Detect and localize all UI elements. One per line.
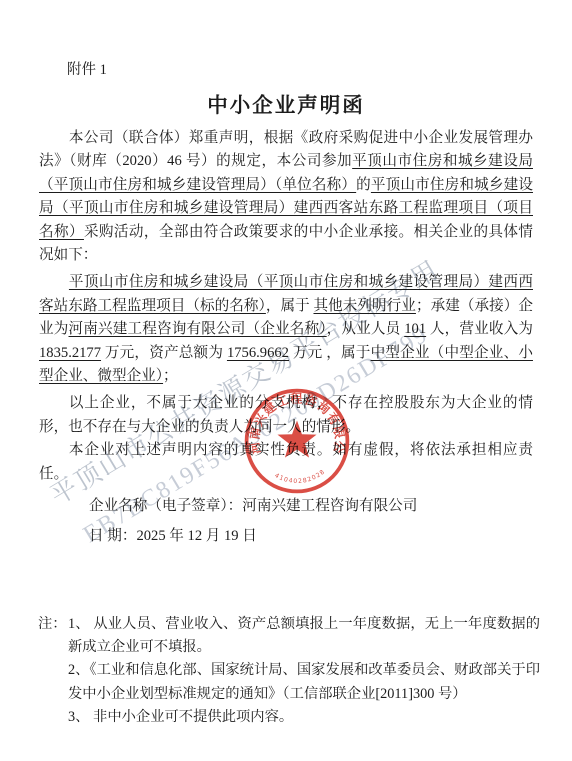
document-page: 平顶山市公共资源交易平台投标专用 EB7BC819F56A502200D26DF… bbox=[0, 0, 572, 761]
footnotes-prefix: 注： bbox=[38, 613, 67, 636]
paragraph-responsibility: 本企业对上述声明内容的真实性负责。如有虚假，将依法承担相应责任。 bbox=[39, 439, 533, 486]
date-label: 日 期： bbox=[89, 528, 136, 544]
document-title: 中小企业声明函 bbox=[39, 88, 533, 118]
signature-label: 企业名称（电子签章）： bbox=[89, 498, 242, 514]
paragraph-declaration: 本公司（联合体）郑重声明，根据《政府采购促进中小企业发展管理办法》（财库（202… bbox=[39, 127, 533, 267]
signature-line: 企业名称（电子签章）：河南兴建工程咨询有限公司 bbox=[89, 495, 533, 518]
date-value: 2025 年 12 月 19 日 bbox=[136, 528, 256, 544]
signature-company: 河南兴建工程咨询有限公司 bbox=[242, 498, 417, 514]
footnotes: 注： 1、 从业人员、营业收入、资产总额填报上一年度数据，无上一年度数据的新成立… bbox=[38, 613, 540, 729]
date-line: 日 期：2025 年 12 月 19 日 bbox=[89, 525, 533, 548]
footnote-3: 3、 非中小企业可不提供此项内容。 bbox=[68, 706, 540, 729]
footnote-1: 1、 从业人员、营业收入、资产总额填报上一年度数据，无上一年度数据的新成立企业可… bbox=[68, 613, 540, 659]
document-content: 附件 1 中小企业声明函 本公司（联合体）郑重声明，根据《政府采购促进中小企业发… bbox=[39, 58, 533, 548]
paragraph-no-affiliation: 以上企业，不属于大企业的分支机构，不存在控股股东为大企业的情形，也不存在与大企业… bbox=[39, 392, 533, 439]
paragraph-enterprise-details: 平顶山市住房和城乡建设局（平顶山市住房和城乡建设管理局）建西西客站东路工程监理项… bbox=[39, 271, 533, 388]
footnote-2: 2、《工业和信息化部、国家统计局、国家发展和改革委员会、财政部关于印发中小企业划… bbox=[68, 659, 540, 705]
attachment-label: 附件 1 bbox=[67, 58, 533, 79]
